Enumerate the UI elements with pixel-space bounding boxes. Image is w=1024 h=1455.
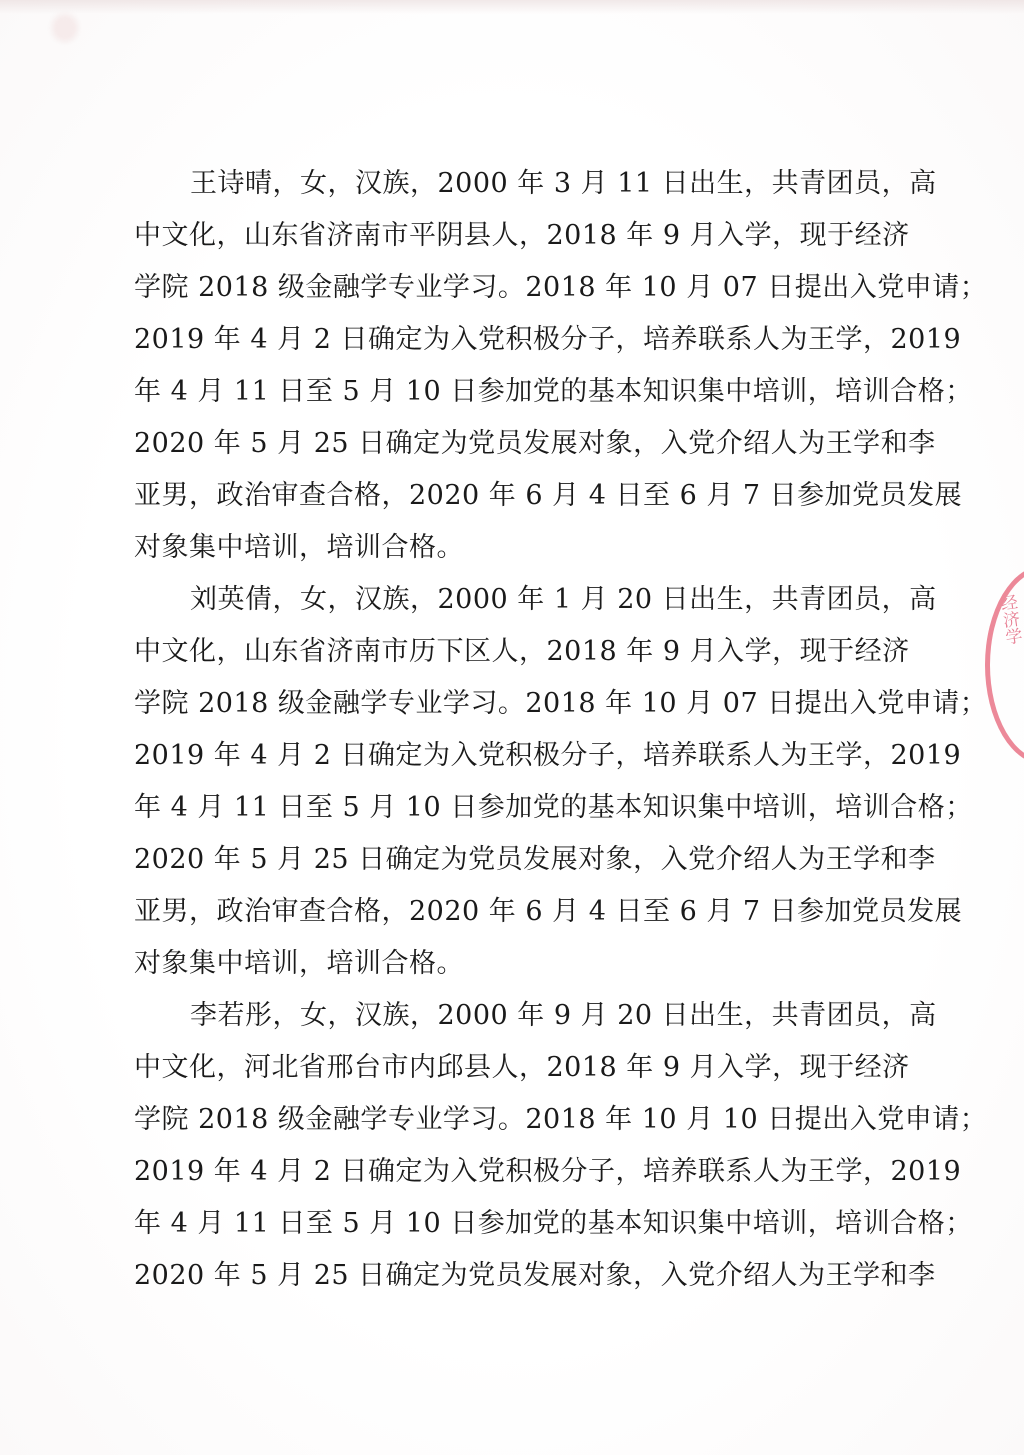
text-line: 2020 年 5 月 25 日确定为党员发展对象，入党介绍人为王学和李: [134, 1250, 896, 1302]
text-line: 年 4 月 11 日至 5 月 10 日参加党的基本知识集中培训，培训合格；: [134, 1198, 896, 1250]
red-seal-stamp: 经济学: [985, 565, 1024, 765]
text-line: 李若彤，女，汉族，2000 年 9 月 20 日出生，共青团员，高: [134, 990, 896, 1042]
text-line: 中文化，山东省济南市平阴县人，2018 年 9 月入学，现于经济: [134, 210, 896, 262]
text-line: 学院 2018 级金融学专业学习。2018 年 10 月 07 日提出入党申请；: [134, 262, 896, 314]
text-line: 年 4 月 11 日至 5 月 10 日参加党的基本知识集中培训，培训合格；: [134, 782, 896, 834]
text-line: 2019 年 4 月 2 日确定为入党积极分子，培养联系人为王学，2019: [134, 730, 896, 782]
text-line: 2020 年 5 月 25 日确定为党员发展对象，入党介绍人为王学和李: [134, 834, 896, 886]
stamp-text: 经济学: [995, 593, 1024, 647]
text-line: 年 4 月 11 日至 5 月 10 日参加党的基本知识集中培训，培训合格；: [134, 366, 896, 418]
paragraph-wang-shiqing: 王诗晴，女，汉族，2000 年 3 月 11 日出生，共青团员，高 中文化，山东…: [134, 158, 896, 574]
text-line: 刘英倩，女，汉族，2000 年 1 月 20 日出生，共青团员，高: [134, 574, 896, 626]
text-line: 学院 2018 级金融学专业学习。2018 年 10 月 07 日提出入党申请；: [134, 678, 896, 730]
text-line: 亚男，政治审查合格，2020 年 6 月 4 日至 6 月 7 日参加党员发展: [134, 470, 896, 522]
text-line: 2019 年 4 月 2 日确定为入党积极分子，培养联系人为王学，2019: [134, 314, 896, 366]
text-line: 对象集中培训，培训合格。: [134, 522, 896, 574]
text-line: 2020 年 5 月 25 日确定为党员发展对象，入党介绍人为王学和李: [134, 418, 896, 470]
paragraph-li-ruotong: 李若彤，女，汉族，2000 年 9 月 20 日出生，共青团员，高 中文化，河北…: [134, 990, 896, 1302]
text-line: 学院 2018 级金融学专业学习。2018 年 10 月 10 日提出入党申请；: [134, 1094, 896, 1146]
document-body: 王诗晴，女，汉族，2000 年 3 月 11 日出生，共青团员，高 中文化，山东…: [134, 158, 896, 1302]
document-page: 王诗晴，女，汉族，2000 年 3 月 11 日出生，共青团员，高 中文化，山东…: [0, 0, 1024, 1455]
scan-smudge-mark: [52, 14, 78, 42]
text-line: 2019 年 4 月 2 日确定为入党积极分子，培养联系人为王学，2019: [134, 1146, 896, 1198]
text-line: 对象集中培训，培训合格。: [134, 938, 896, 990]
text-line: 亚男，政治审查合格，2020 年 6 月 4 日至 6 月 7 日参加党员发展: [134, 886, 896, 938]
text-line: 中文化，河北省邢台市内邱县人，2018 年 9 月入学，现于经济: [134, 1042, 896, 1094]
paragraph-liu-yingqian: 刘英倩，女，汉族，2000 年 1 月 20 日出生，共青团员，高 中文化，山东…: [134, 574, 896, 990]
text-line: 中文化，山东省济南市历下区人，2018 年 9 月入学，现于经济: [134, 626, 896, 678]
text-line: 王诗晴，女，汉族，2000 年 3 月 11 日出生，共青团员，高: [134, 158, 896, 210]
scan-edge-shadow: [0, 0, 1024, 14]
